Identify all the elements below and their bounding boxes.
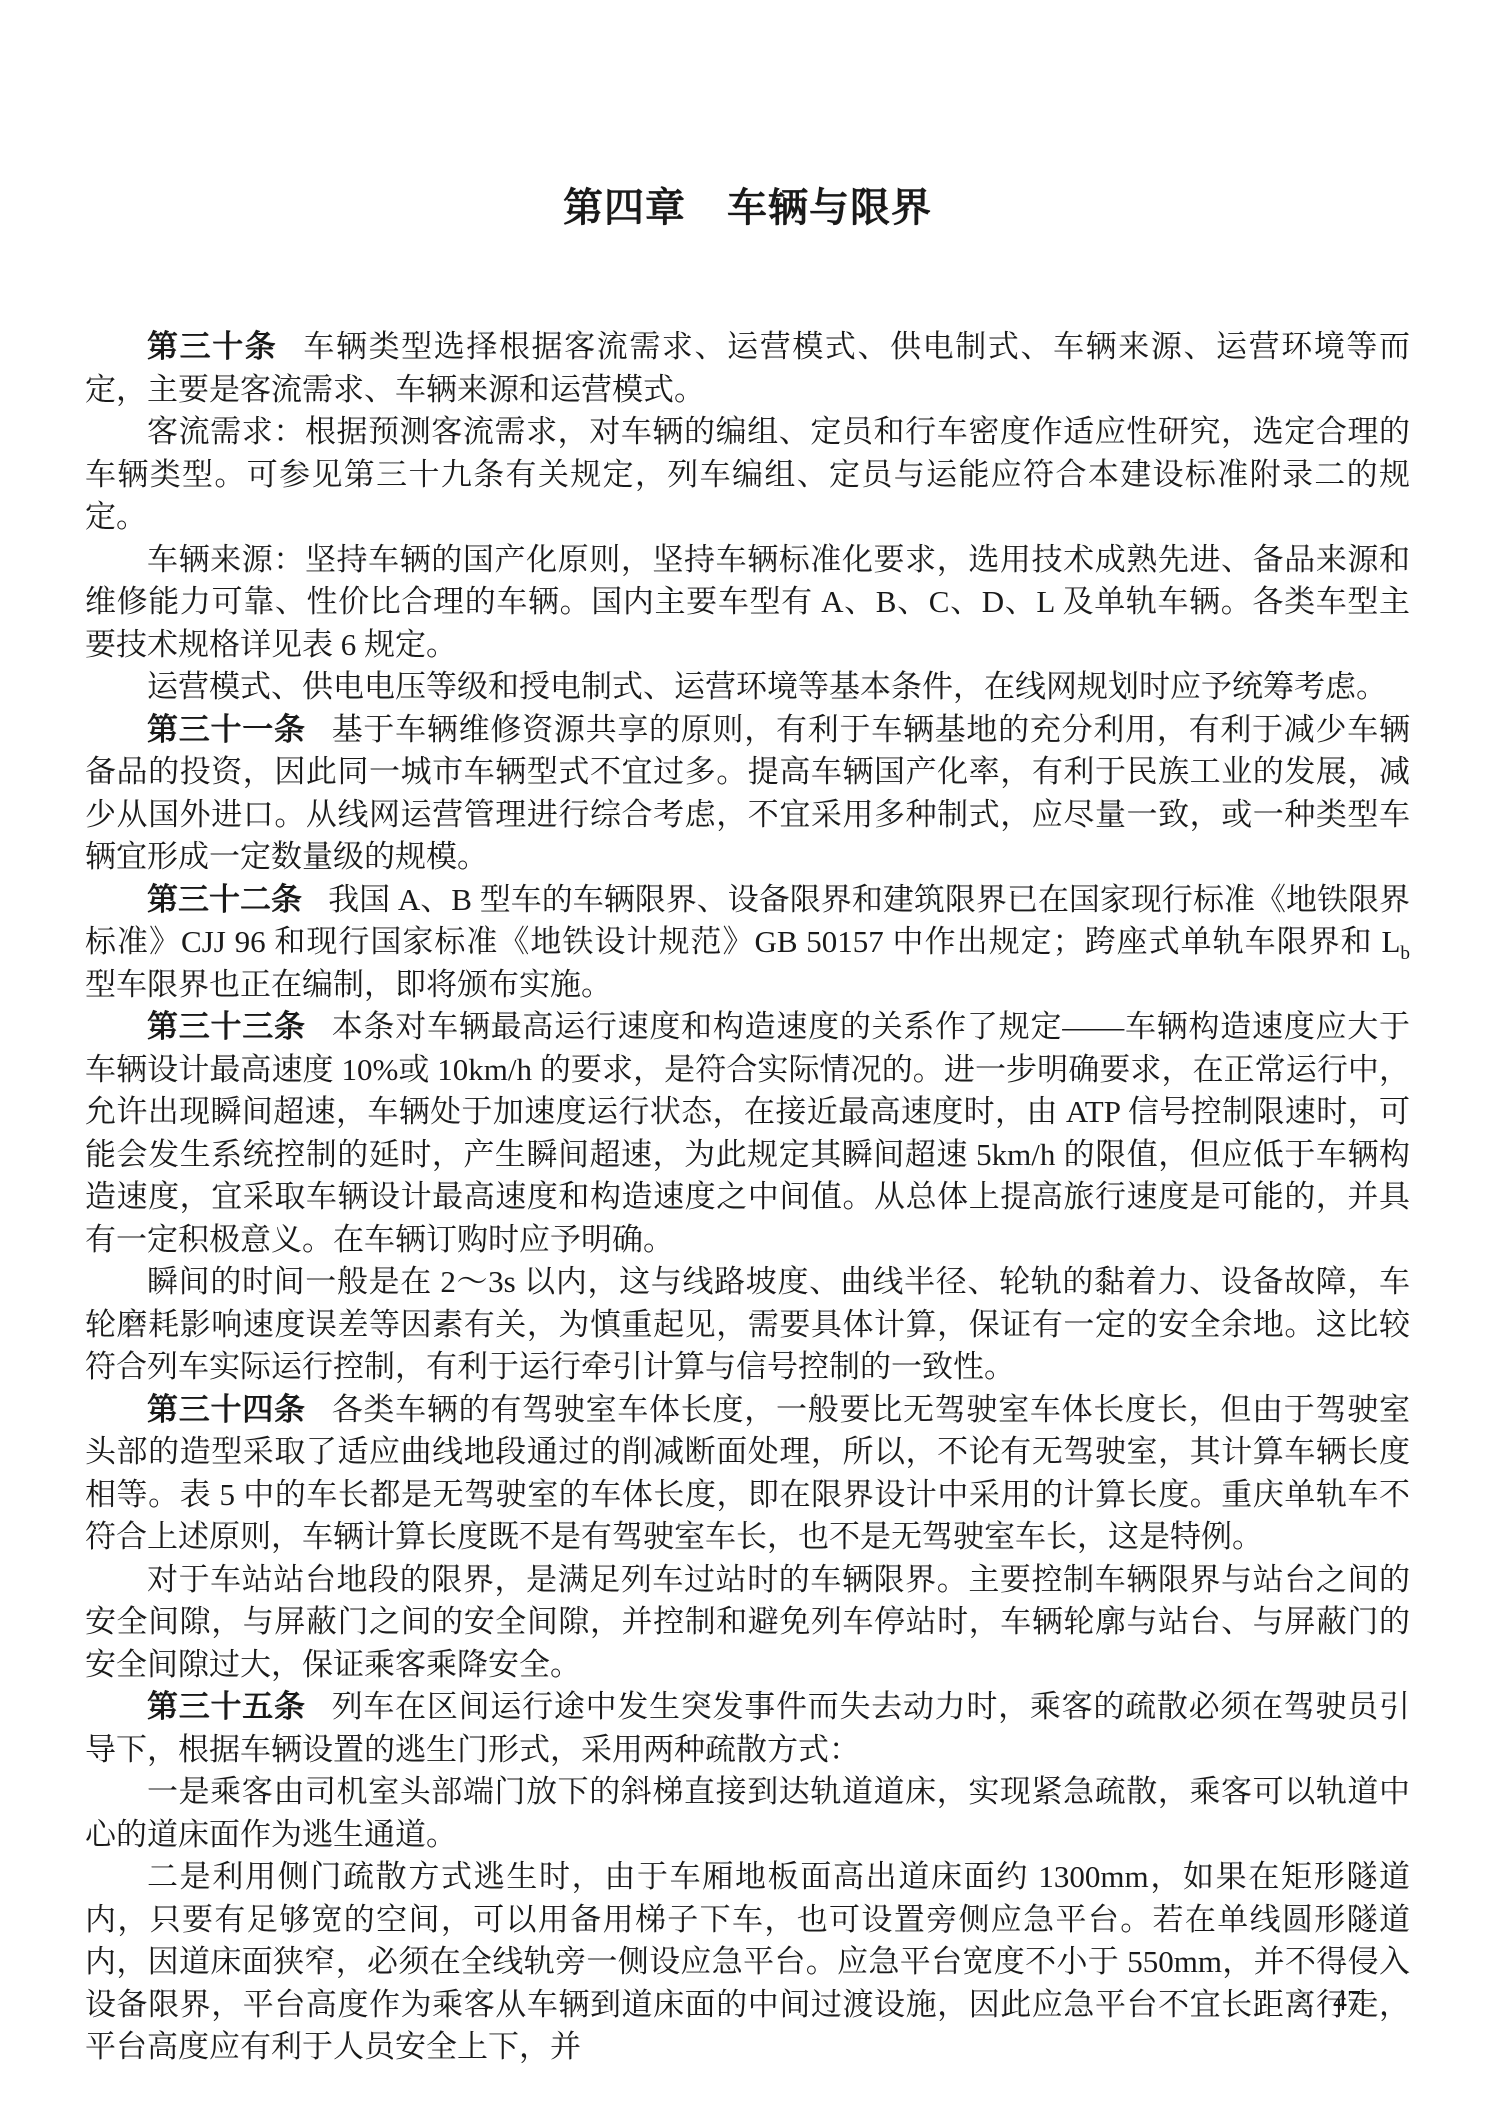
subscript-b: b (1400, 943, 1410, 964)
paragraph-text: 二是利用侧门疏散方式逃生时，由于车厢地板面高出道床面约 1300mm，如果在矩形… (85, 1859, 1410, 2064)
paragraph-text: 对于车站站台地段的限界，是满足列车过站时的车辆限界。主要控制车辆限界与站台之间的… (85, 1562, 1410, 1682)
document-body: 第三十条车辆类型选择根据客流需求、运营模式、供电制式、车辆来源、运营环境等而定，… (85, 326, 1410, 2069)
paragraph-article-30: 第三十条车辆类型选择根据客流需求、运营模式、供电制式、车辆来源、运营环境等而定，… (85, 326, 1410, 411)
paragraph-passenger-demand: 客流需求：根据预测客流需求，对车辆的编组、定员和行车密度作适应性研究，选定合理的… (85, 411, 1410, 539)
paragraph-text: 运营模式、供电电压等级和授电制式、运营环境等基本条件，在线网规划时应予统筹考虑。 (147, 669, 1387, 704)
paragraph-text: 车辆来源：坚持车辆的国产化原则，坚持车辆标准化要求，选用技术成熟先进、备品来源和… (85, 542, 1410, 662)
paragraph-vehicle-source: 车辆来源：坚持车辆的国产化原则，坚持车辆标准化要求，选用技术成熟先进、备品来源和… (85, 539, 1410, 667)
paragraph-evacuation-side: 二是利用侧门疏散方式逃生时，由于车厢地板面高出道床面约 1300mm，如果在矩形… (85, 1856, 1410, 2069)
page-number: 47 (1333, 1988, 1361, 2016)
paragraph-text: 车辆类型选择根据客流需求、运营模式、供电制式、车辆来源、运营环境等而定，主要是客… (85, 329, 1410, 407)
paragraph-text: 本条对车辆最高运行速度和构造速度的关系作了规定——车辆构造速度应大于车辆设计最高… (85, 1009, 1410, 1257)
paragraph-text: 客流需求：根据预测客流需求，对车辆的编组、定员和行车密度作适应性研究，选定合理的… (85, 414, 1410, 534)
paragraph-text: 瞬间的时间一般是在 2～3s 以内，这与线路坡度、曲线半径、轮轨的黏着力、设备故… (85, 1264, 1410, 1384)
article-32-label: 第三十二条 (147, 882, 302, 917)
paragraph-article-31: 第三十一条基于车辆维修资源共享的原则，有利于车辆基地的充分利用，有利于减少车辆备… (85, 709, 1410, 879)
paragraph-article-34: 第三十四条各类车辆的有驾驶室车体长度，一般要比无驾驶室车体长度长，但由于驾驶室头… (85, 1389, 1410, 1559)
paragraph-evacuation-front: 一是乘客由司机室头部端门放下的斜梯直接到达轨道道床，实现紧急疏散，乘客可以轨道中… (85, 1771, 1410, 1856)
article-31-label: 第三十一条 (147, 712, 306, 747)
paragraph-text: 一是乘客由司机室头部端门放下的斜梯直接到达轨道道床，实现紧急疏散，乘客可以轨道中… (85, 1774, 1410, 1852)
paragraph-article-35: 第三十五条列车在区间运行途中发生突发事件而失去动力时，乘客的疏散必须在驾驶员引导… (85, 1686, 1410, 1771)
paragraph-text: 型车限界也正在编制，即将颁布实施。 (85, 967, 612, 1002)
paragraph-operation-mode: 运营模式、供电电压等级和授电制式、运营环境等基本条件，在线网规划时应予统筹考虑。 (85, 666, 1410, 709)
paragraph-article-32: 第三十二条我国 A、B 型车的车辆限界、设备限界和建筑限界已在国家现行标准《地铁… (85, 879, 1410, 1007)
paragraph-platform-gauge: 对于车站站台地段的限界，是满足列车过站时的车辆限界。主要控制车辆限界与站台之间的… (85, 1559, 1410, 1687)
article-33-label: 第三十三条 (147, 1009, 306, 1044)
paragraph-instant-time: 瞬间的时间一般是在 2～3s 以内，这与线路坡度、曲线半径、轮轨的黏着力、设备故… (85, 1261, 1410, 1389)
paragraph-article-33: 第三十三条本条对车辆最高运行速度和构造速度的关系作了规定——车辆构造速度应大于车… (85, 1006, 1410, 1261)
article-35-label: 第三十五条 (147, 1689, 306, 1724)
article-34-label: 第三十四条 (147, 1392, 306, 1427)
article-30-label: 第三十条 (147, 329, 277, 364)
document-page: 第四章 车辆与限界 第三十条车辆类型选择根据客流需求、运营模式、供电制式、车辆来… (0, 0, 1493, 2121)
chapter-title: 第四章 车辆与限界 (85, 186, 1410, 230)
